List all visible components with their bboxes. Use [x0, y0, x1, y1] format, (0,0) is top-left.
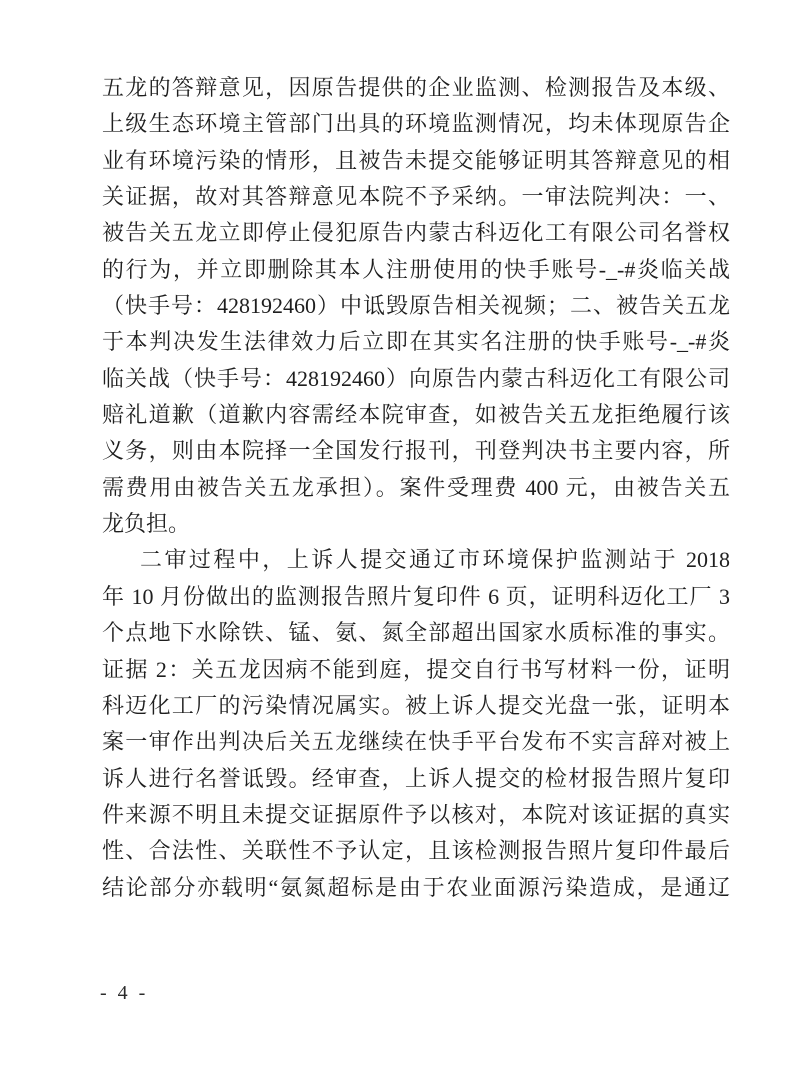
text-line: 年 10 月份做出的监测报告照片复印件 6 页，证明科迈化工厂 3 — [102, 579, 730, 615]
text-line: 义务，则由本院择一全国发行报刊，刊登判决书主要内容，所 — [102, 433, 730, 469]
document-page: 五龙的答辩意见，因原告提供的企业监测、检测报告及本级、 上级生态环境主管部门出具… — [0, 0, 795, 1066]
text-line: 上级生态环境主管部门出具的环境监测情况，均未体现原告企 — [102, 106, 730, 142]
text-line: 被告关五龙立即停止侵犯原告内蒙古科迈化工有限公司名誉权 — [102, 215, 730, 251]
text-line: 性、合法性、关联性不予认定，且该检测报告照片复印件最后 — [102, 833, 730, 869]
text-line: 科迈化工厂的污染情况属实。被上诉人提交光盘一张，证明本 — [102, 688, 730, 724]
text-line: 个点地下水除铁、锰、氨、氮全部超出国家水质标准的事实。 — [102, 615, 730, 651]
text-line: 结论部分亦载明“氨氮超标是由于农业面源污染造成，是通辽 — [102, 870, 730, 906]
text-line: 的行为，并立即删除其本人注册使用的快手账号-_-#炎临关战 — [102, 252, 730, 288]
text-line-paragraph-end: 龙负担。 — [102, 506, 730, 542]
text-line: （快手号：428192460）中诋毁原告相关视频；二、被告关五龙 — [102, 288, 730, 324]
text-line: 于本判决发生法律效力后立即在其实名注册的快手账号-_-#炎 — [102, 324, 730, 360]
text-line: 案一审作出判决后关五龙继续在快手平台发布不实言辞对被上 — [102, 724, 730, 760]
text-line: 赔礼道歉（道歉内容需经本院审查，如被告关五龙拒绝履行该 — [102, 397, 730, 433]
text-line: 件来源不明且未提交证据原件予以核对，本院对该证据的真实 — [102, 797, 730, 833]
text-line: 临关战（快手号：428192460）向原告内蒙古科迈化工有限公司 — [102, 361, 730, 397]
text-line: 业有环境污染的情形，且被告未提交能够证明其答辩意见的相 — [102, 143, 730, 179]
text-line: 关证据，故对其答辩意见本院不予采纳。一审法院判决：一、 — [102, 179, 730, 215]
text-line: 需费用由被告关五龙承担）。案件受理费 400 元，由被告关五 — [102, 470, 730, 506]
text-line: 五龙的答辩意见，因原告提供的企业监测、检测报告及本级、 — [102, 70, 730, 106]
text-line-paragraph-start: 二审过程中，上诉人提交通辽市环境保护监测站于 2018 — [102, 542, 730, 578]
text-line: 证据 2：关五龙因病不能到庭，提交自行书写材料一份，证明 — [102, 652, 730, 688]
page-number: - 4 - — [100, 980, 148, 1006]
judgment-text-block: 五龙的答辩意见，因原告提供的企业监测、检测报告及本级、 上级生态环境主管部门出具… — [102, 70, 730, 906]
text-line: 诉人进行名誉诋毁。经审查，上诉人提交的检材报告照片复印 — [102, 761, 730, 797]
